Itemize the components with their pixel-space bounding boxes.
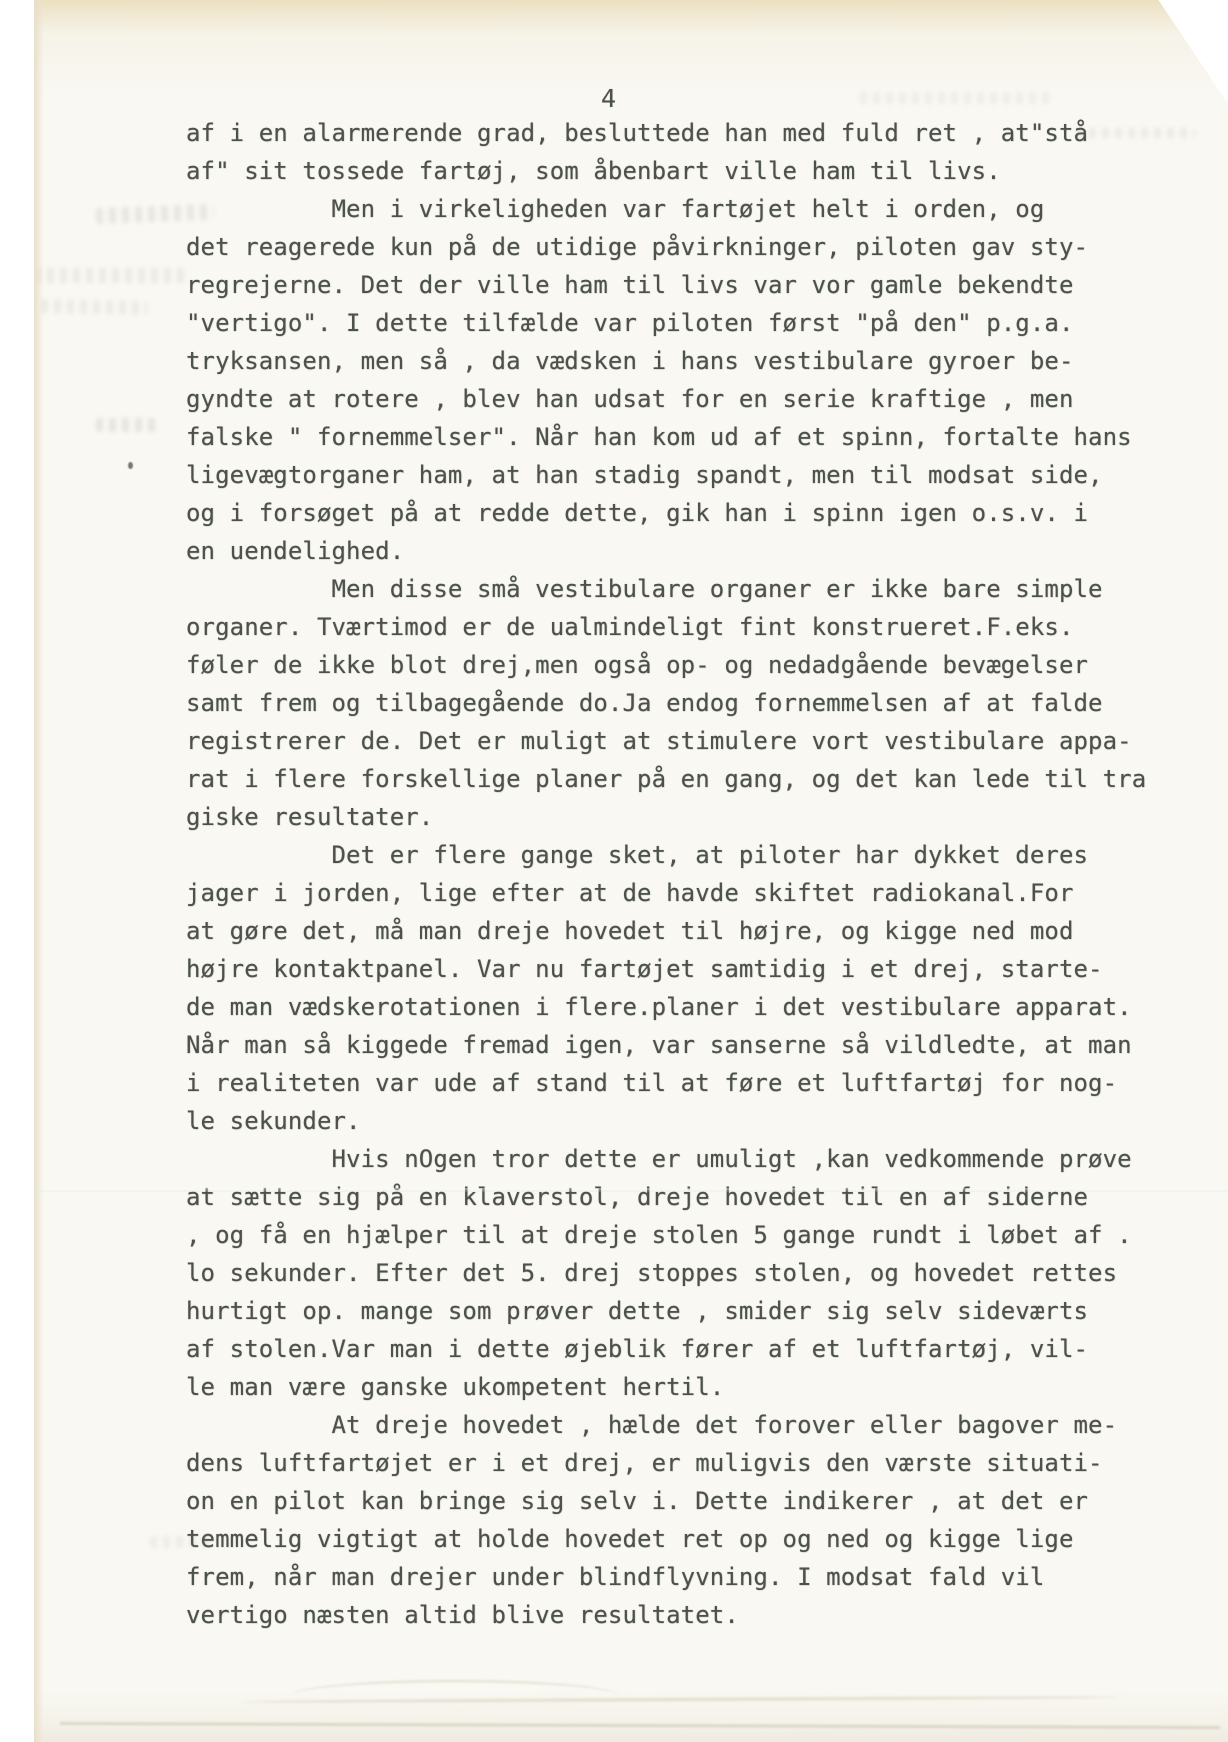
- text-line: af i en alarmerende grad, besluttede han…: [186, 114, 1146, 152]
- text-line: registrerer de. Det er muligt at stimule…: [186, 722, 1146, 760]
- paper-crease: [60, 1722, 1220, 1729]
- ghost-smudge: [28, 299, 148, 315]
- text-line: Hvis nOgen tror dette er umuligt ,kan ve…: [186, 1140, 1146, 1178]
- paper: 4 af i en alarmerende grad, besluttede h…: [0, 0, 1228, 1742]
- text-line: af" sit tossede fartøj, som åbenbart vil…: [186, 152, 1146, 190]
- text-line: tryksansen, men så , da vædsken i hans v…: [186, 342, 1146, 380]
- text-line: føler de ikke blot drej,men også op- og …: [186, 646, 1146, 684]
- text-line: temmelig vigtigt at holde hovedet ret op…: [186, 1520, 1146, 1558]
- text-line: at gøre det, må man dreje hovedet til hø…: [186, 912, 1146, 950]
- text-line: le man være ganske ukompetent hertil.: [186, 1368, 1146, 1406]
- text-line: at sætte sig på en klaverstol, dreje hov…: [186, 1178, 1146, 1216]
- text-line: en uendelighed.: [186, 532, 1146, 570]
- text-line: i realiteten var ude af stand til at før…: [186, 1064, 1146, 1102]
- text-line: organer. Tværtimod er de ualmindeligt fi…: [186, 608, 1146, 646]
- paper-crease: [0, 1188, 1228, 1192]
- text-line: dens luftfartøjet er i et drej, er mulig…: [186, 1444, 1146, 1482]
- text-line: Når man så kiggede fremad igen, var sans…: [186, 1026, 1146, 1064]
- ghost-smudge: [96, 418, 156, 432]
- page-number: 4: [601, 84, 616, 113]
- text-line: samt frem og tilbagegående do.Ja endog f…: [186, 684, 1146, 722]
- ghost-smudge: [34, 268, 184, 283]
- text-line: vertigo næsten altid blive resultatet.: [186, 1596, 1146, 1634]
- text-line: on en pilot kan bringe sig selv i. Dette…: [186, 1482, 1146, 1520]
- scanned-page: 4 af i en alarmerende grad, besluttede h…: [0, 0, 1228, 1742]
- text-line: hurtigt op. mange som prøver dette , smi…: [186, 1292, 1146, 1330]
- paper-crease: [290, 1680, 620, 1698]
- text-line: Men i virkeligheden var fartøjet helt i …: [186, 190, 1146, 228]
- text-line: højre kontaktpanel. Var nu fartøjet samt…: [186, 950, 1146, 988]
- text-line: falske " fornemmelser". Når han kom ud a…: [186, 418, 1146, 456]
- ghost-smudge: [860, 92, 1050, 104]
- text-block: af i en alarmerende grad, besluttede han…: [186, 114, 1146, 1634]
- text-line: af stolen.Var man i dette øjeblik fører …: [186, 1330, 1146, 1368]
- text-line: lo sekunder. Efter det 5. drej stoppes s…: [186, 1254, 1146, 1292]
- text-line: Det er flere gange sket, at piloter har …: [186, 836, 1146, 874]
- scanner-edge: [0, 0, 34, 1742]
- text-line: og i forsøget på at redde dette, gik han…: [186, 494, 1146, 532]
- text-line: de man vædskerotationen i flere.planer i…: [186, 988, 1146, 1026]
- text-line: det reagerede kun på de utidige påvirkni…: [186, 228, 1146, 266]
- text-line: frem, når man drejer under blindflyvning…: [186, 1558, 1146, 1596]
- text-line: regrejerne. Det der ville ham til livs v…: [186, 266, 1146, 304]
- text-line: At dreje hovedet , hælde det forover ell…: [186, 1406, 1146, 1444]
- ink-speck: [128, 462, 133, 469]
- text-line: jager i jorden, lige efter at de havde s…: [186, 874, 1146, 912]
- ghost-smudge: [150, 1536, 210, 1548]
- text-line: Men disse små vestibulare organer er ikk…: [186, 570, 1146, 608]
- text-line: le sekunder.: [186, 1102, 1146, 1140]
- folded-corner: [1154, 0, 1228, 104]
- text-line: "vertigo". I dette tilfælde var piloten …: [186, 304, 1146, 342]
- text-line: , og få en hjælper til at dreje stolen 5…: [186, 1216, 1146, 1254]
- paper-left-edge: [34, 0, 44, 1742]
- text-line: giske resultater.: [186, 798, 1146, 836]
- text-line: ligevægtorganer ham, at han stadig spand…: [186, 456, 1146, 494]
- ghost-smudge: [1076, 128, 1196, 138]
- text-line: rat i flere forskellige planer på en gan…: [186, 760, 1146, 798]
- text-line: gyndte at rotere , blev han udsat for en…: [186, 380, 1146, 418]
